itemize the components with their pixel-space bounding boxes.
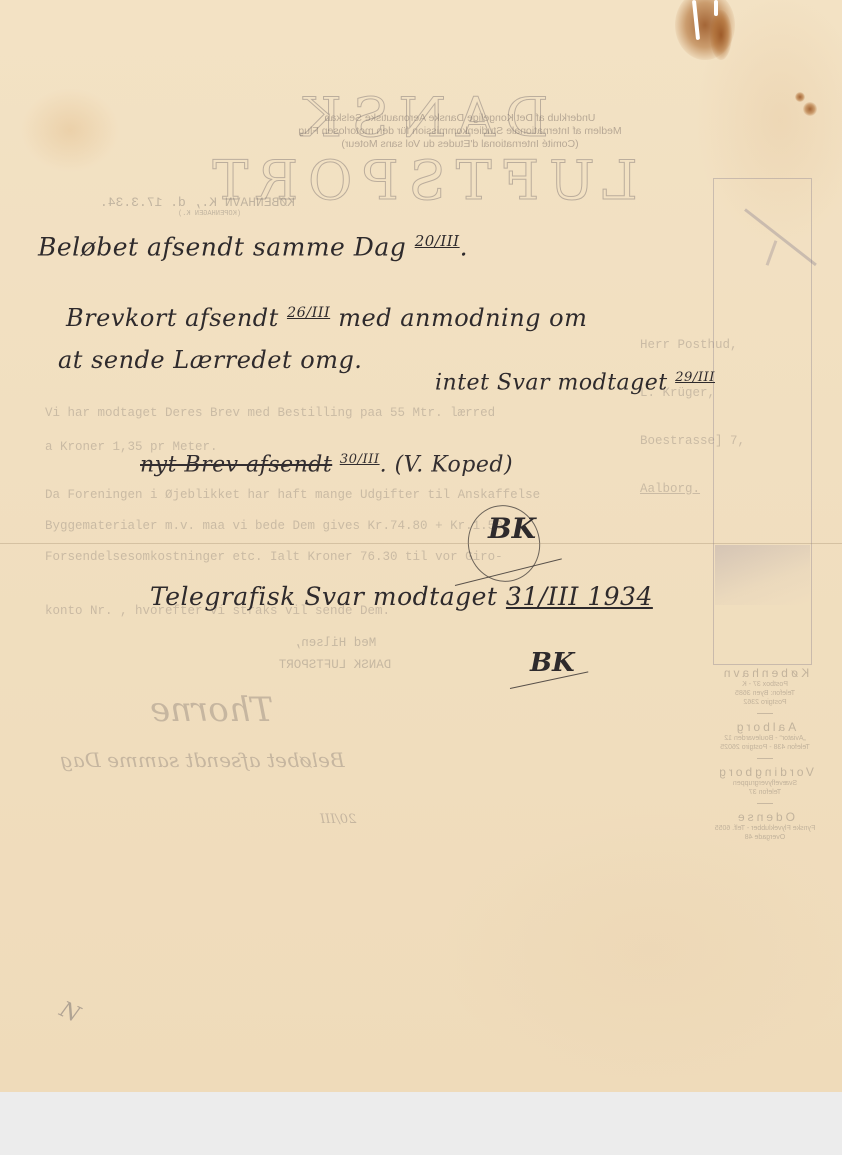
handwritten-note-payment-sent: Beløbet afsendt samme Dag 20/III. bbox=[38, 232, 468, 261]
office-detail: Fynske Flyveklubber - Telf. 6055 bbox=[690, 824, 840, 833]
place-date: KØBENHAVN K., d. 17.3.34. (KOPENHAGEN K.… bbox=[90, 195, 295, 218]
note-date: 26/III bbox=[287, 305, 330, 321]
place-date-line: KØBENHAVN K., d. 17.3.34. bbox=[90, 195, 295, 210]
ghost-mirrored-date: 20/III bbox=[320, 812, 356, 827]
scan-background bbox=[0, 1092, 842, 1155]
office-detail: Postbox 37 - K bbox=[690, 680, 840, 689]
note-suffix: (V. Koped) bbox=[395, 452, 513, 477]
office-detail: „Aviator“ - Boulevarden 12 bbox=[690, 734, 840, 743]
office-list: København Postbox 37 - K Telefon: Byen 3… bbox=[690, 660, 840, 842]
letterhead-subtitle-line: Medlem af Internationale Studienkommissi… bbox=[240, 125, 680, 138]
paper-fold bbox=[0, 543, 842, 544]
office-detail: Telefon 438 - Postgiro 26025 bbox=[690, 743, 840, 752]
handwritten-note-postcard-sent: Brevkort afsendt 26/III med anmodning om bbox=[66, 304, 587, 332]
rust-spot bbox=[795, 92, 805, 102]
typed-body-line: Forsendelsesomkostninger etc. Ialt Krone… bbox=[45, 550, 503, 564]
typed-closing: Med Hilsen, DANSK LUFTSPORT bbox=[260, 632, 410, 676]
divider bbox=[757, 758, 773, 759]
office-city: Vordingborg bbox=[690, 765, 840, 779]
divider bbox=[757, 713, 773, 714]
letterhead-subtitle-line: (Comité International d'Etudes du Vol sa… bbox=[240, 138, 680, 151]
office-entry: Aalborg „Aviator“ - Boulevarden 12 Telef… bbox=[690, 720, 840, 759]
typed-body-line: Da Foreningen i Øjeblikket har haft mang… bbox=[45, 488, 540, 502]
closing-line: Med Hilsen, bbox=[260, 632, 410, 654]
letter-paper: DANSK LUFTSPORT Underklub af Det Kongeli… bbox=[0, 0, 842, 1092]
office-entry: Vordingborg Svæveflyvergruppen Telefon 3… bbox=[690, 765, 840, 804]
handwritten-note-no-reply: intet Svar modtaget 29/III bbox=[435, 370, 715, 395]
handwritten-note-postcard-line2: at sende Lærredet omg. bbox=[58, 346, 362, 374]
initials-signature: BK bbox=[488, 512, 536, 545]
staple-hole bbox=[714, 0, 718, 16]
note-date: 29/III bbox=[675, 370, 715, 385]
office-detail: Postgiro 2362 bbox=[690, 698, 840, 707]
office-city: København bbox=[690, 666, 840, 680]
typed-body-line: Vi har modtaget Deres Brev med Bestillin… bbox=[45, 406, 495, 420]
office-detail: Overgade 48 bbox=[690, 833, 840, 842]
place-date-alt: (KOPENHAGEN K.) bbox=[90, 210, 295, 218]
typed-body-line: Byggematerialer m.v. maa vi bede Dem giv… bbox=[45, 519, 503, 533]
note-continuation: med anmodning om bbox=[338, 304, 587, 332]
office-detail: Telefon 37 bbox=[690, 788, 840, 797]
note-text: Beløbet afsendt samme Dag bbox=[38, 232, 406, 261]
note-text: intet Svar modtaget bbox=[435, 370, 668, 395]
office-entry: København Postbox 37 - K Telefon: Byen 3… bbox=[690, 666, 840, 714]
sender-line: DANSK LUFTSPORT bbox=[260, 654, 410, 676]
letterhead-subtitle: Underklub af Det Kongelige Danske Aerona… bbox=[240, 112, 680, 151]
office-entry: Odense Fynske Flyveklubber - Telf. 6055 … bbox=[690, 810, 840, 842]
note-text: Telegrafisk Svar modtaget bbox=[150, 582, 497, 611]
note-text: nyt Brev afsendt bbox=[140, 452, 332, 477]
landscape-illustration bbox=[715, 545, 810, 605]
ghost-signature: Thorne bbox=[150, 690, 273, 730]
note-date: 31/III 1934 bbox=[506, 582, 653, 611]
ghost-mirrored-note: Beløbet afsendt samme Dag bbox=[60, 748, 345, 772]
handwritten-note-new-letter: nyt Brev afsendt 30/III. (V. Koped) bbox=[140, 452, 513, 477]
letterhead-subtitle-line: Underklub af Det Kongelige Danske Aerona… bbox=[240, 112, 680, 125]
divider bbox=[757, 803, 773, 804]
note-text: Brevkort afsendt bbox=[66, 304, 279, 332]
office-city: Aalborg bbox=[690, 720, 840, 734]
rust-stain-drip bbox=[710, 10, 732, 60]
office-city: Odense bbox=[690, 810, 840, 824]
office-detail: Svæveflyvergruppen bbox=[690, 779, 840, 788]
office-detail: Telefon: Byen 3685 bbox=[690, 689, 840, 698]
initials-signature: BK bbox=[530, 648, 575, 678]
note-date: 30/III bbox=[340, 452, 380, 467]
rust-spot bbox=[803, 102, 817, 116]
note-date: 20/III bbox=[415, 232, 460, 250]
handwritten-note-telegraph-reply: Telegrafisk Svar modtaget 31/III 1934 bbox=[150, 582, 653, 611]
